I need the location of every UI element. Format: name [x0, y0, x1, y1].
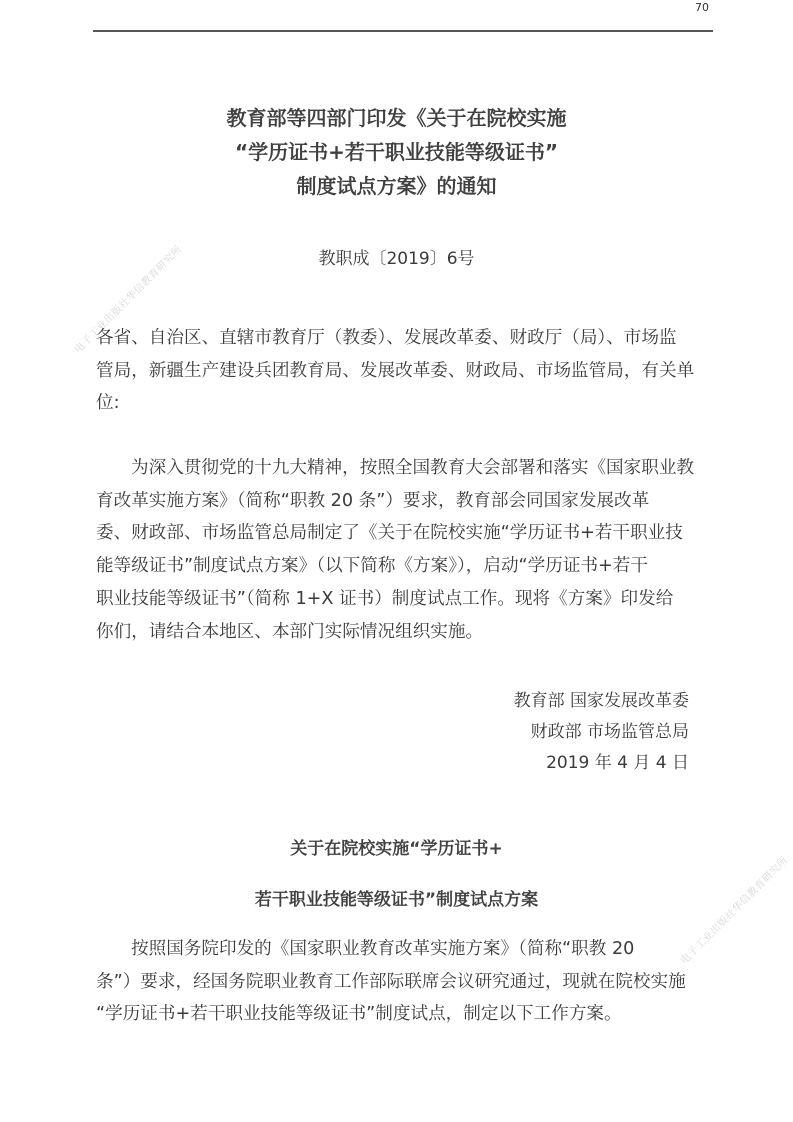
notice-body-paragraph: 为深入贯彻党的十九大精神，按照全国教育大会部署和落实《国家职业教 育改革实施方案… — [96, 452, 716, 648]
plan-title-line: 若干职业技能等级证书”制度试点方案 — [0, 885, 793, 910]
issuers-line: 教育部 国家发展改革委 — [514, 686, 689, 717]
issuers-line: 财政部 市场监管总局 — [514, 717, 689, 748]
text-line: 你们，请结合本地区、本部门实际情况组织实施。 — [96, 616, 716, 649]
text-line: 位: — [96, 387, 716, 420]
text-line: 育改革实施方案》（简称“职教 20 条”）要求，教育部会同国家发展改革 — [96, 485, 716, 518]
text-line: 管局，新疆生产建设兵团教育局、发展改革委、财政局、市场监管局，有关单 — [96, 355, 716, 388]
notice-title-line: 教育部等四部门印发《关于在院校实施 — [0, 101, 793, 135]
text-line: 能等级证书”制度试点方案》（以下简称《方案》），启动“学历证书+若干 — [96, 550, 716, 583]
signature-block: 教育部 国家发展改革委 财政部 市场监管总局 2019 年 4 月 4 日 — [514, 686, 689, 779]
text-line: 为深入贯彻党的十九大精神，按照全国教育大会部署和落实《国家职业教 — [96, 452, 716, 485]
header-divider — [93, 30, 713, 32]
text-line: 按照国务院印发的《国家职业教育改革实施方案》（简称“职教 20 — [96, 933, 716, 966]
issue-date: 2019 年 4 月 4 日 — [514, 748, 689, 779]
text-line: 委、财政部、市场监管总局制定了《关于在院校实施“学历证书+若干职业技 — [96, 517, 716, 550]
notice-title-line: 制度试点方案》的通知 — [0, 169, 793, 203]
page-number: 70 — [669, 1, 709, 14]
notice-title-line: “学历证书+若干职业技能等级证书” — [0, 135, 793, 169]
document-number: 教职成〔2019〕6号 — [0, 244, 793, 269]
plan-body-paragraph: 按照国务院印发的《国家职业教育改革实施方案》（简称“职教 20 条”）要求，经国… — [96, 933, 716, 1031]
addressee-paragraph: 各省、自治区、直辖市教育厅（教委）、发展改革委、财政厅（局）、市场监 管局，新疆… — [96, 322, 716, 420]
notice-title: 教育部等四部门印发《关于在院校实施 “学历证书+若干职业技能等级证书” 制度试点… — [0, 101, 793, 203]
text-line: 条”）要求，经国务院职业教育工作部际联席会议研究通过，现就在院校实施 — [96, 966, 716, 999]
text-line: “学历证书+若干职业技能等级证书”制度试点，制定以下工作方案。 — [96, 998, 716, 1031]
text-line: 各省、自治区、直辖市教育厅（教委）、发展改革委、财政厅（局）、市场监 — [96, 322, 716, 355]
text-line: 职业技能等级证书”（简称 1+X 证书）制度试点工作。现将《方案》印发给 — [96, 583, 716, 616]
plan-title-line: 关于在院校实施“学历证书+ — [0, 834, 793, 859]
